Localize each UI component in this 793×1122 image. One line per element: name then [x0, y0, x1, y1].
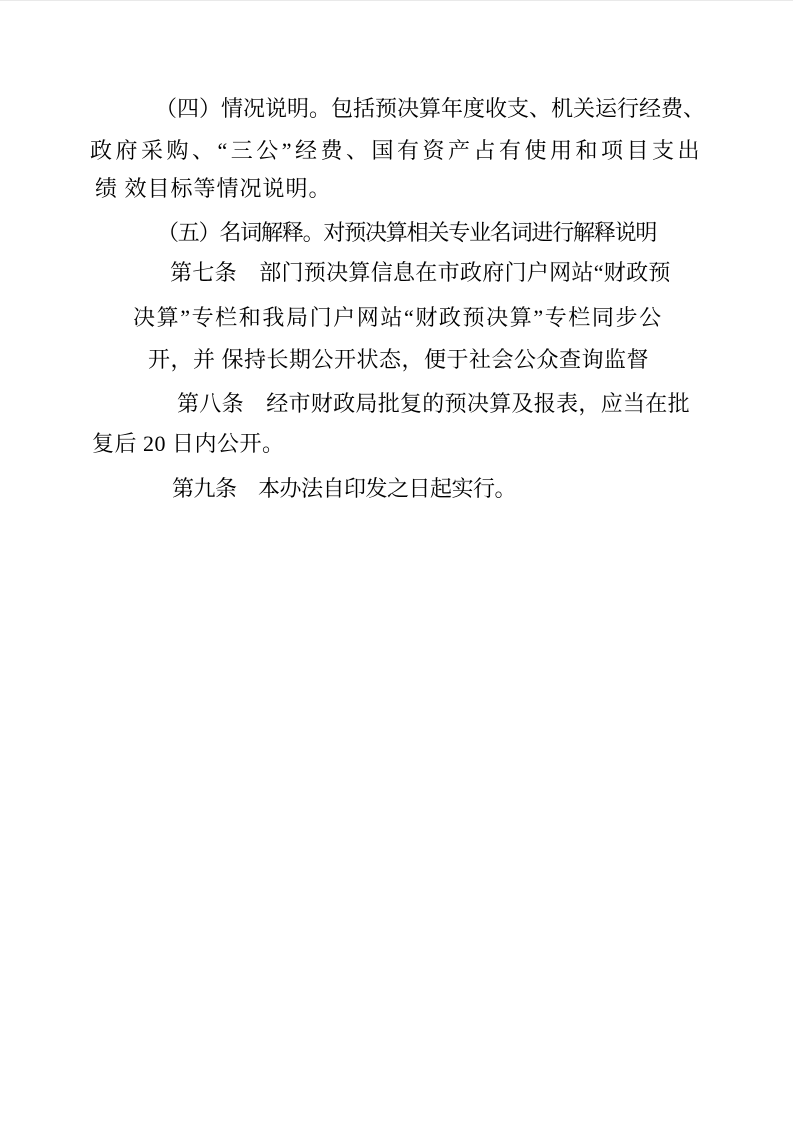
document-line: 第七条 部门预决算信息在市政府门户网站“财政预	[170, 260, 671, 286]
document-line: 第八条 经市财政局批复的预决算及报表，应当在批	[177, 391, 690, 417]
document-line: （五）名词解释。对预决算相关专业名词进行解释说明	[157, 220, 656, 246]
page-top-divider	[0, 0, 793, 1]
document-line: 绩 效目标等情况说明。	[95, 176, 332, 202]
document-line: 复后 20 日内公开。	[92, 431, 285, 457]
document-line: 开，并 保持长期公开状态，便于社会公众查询监督	[148, 347, 649, 373]
document-line: 政府采购、“三公”经费、国有资产占有使用和项目支出	[90, 138, 703, 164]
document-page: （四）情况说明。包括预决算年度收支、机关运行经费、 政府采购、“三公”经费、国有…	[0, 0, 793, 1122]
document-line: 决算”专栏和我局门户网站“财政预决算”专栏同步公	[133, 305, 663, 331]
document-line: （四）情况说明。包括预决算年度收支、机关运行经费、	[155, 96, 705, 122]
document-line: 第九条 本办法自印发之日起实行。	[172, 476, 516, 502]
